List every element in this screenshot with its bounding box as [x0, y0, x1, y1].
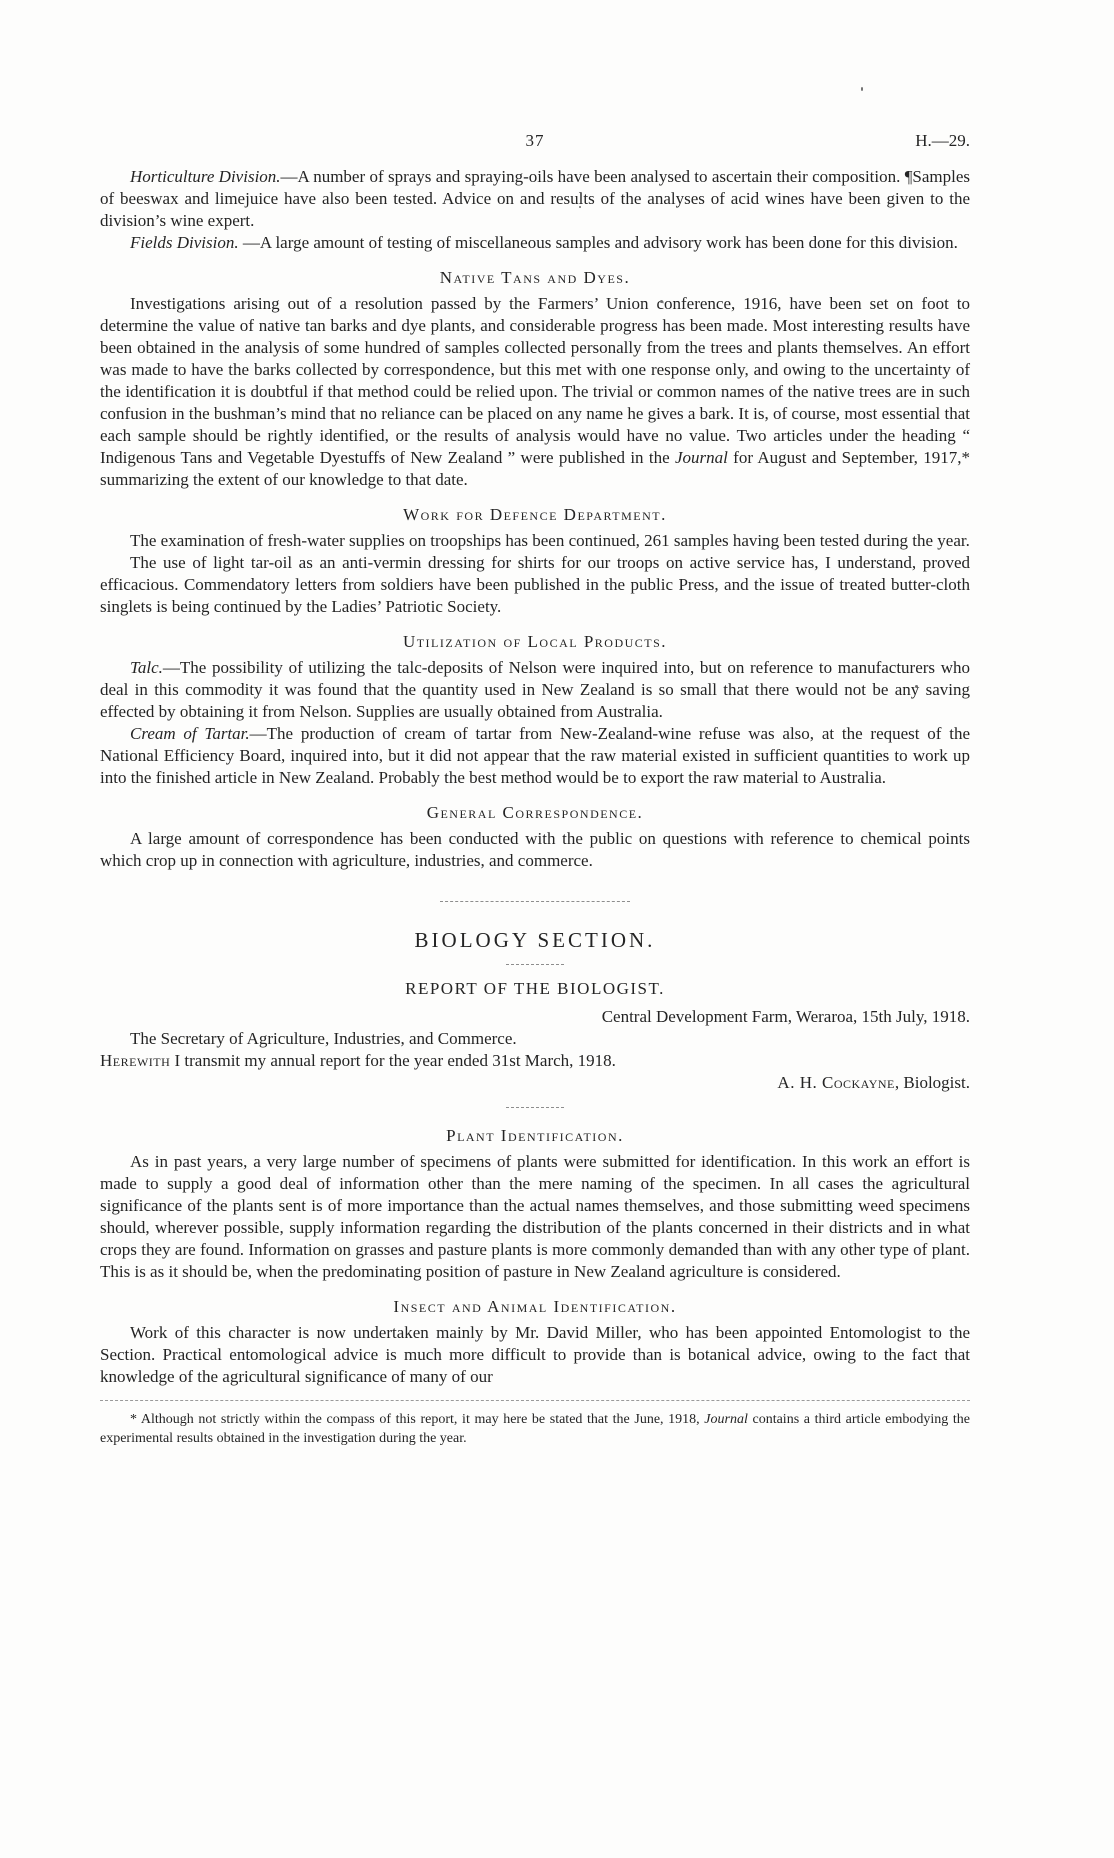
para-horticulture-division: Horticulture Division.—A number of spray… [100, 166, 970, 232]
heading-insect-and-animal-identification: Insect and Animal Identification. [100, 1296, 970, 1318]
transmittal-lead: Herewith [100, 1051, 170, 1070]
heading-work-for-defence-department: Work for Defence Department. [100, 504, 970, 526]
horticulture-division-lead: Horticulture Division. [130, 167, 281, 186]
para-fields-division: Fields Division. —A large amount of test… [100, 232, 970, 254]
signature-title: , Biologist. [895, 1073, 970, 1092]
scan-speck [660, 300, 663, 303]
heading-general-correspondence: General Correspondence. [100, 802, 970, 824]
title-divider [506, 964, 564, 965]
report-divider [506, 1107, 564, 1108]
footnote-journal-italic: Journal [704, 1412, 748, 1427]
report-signature: A. H. Cockayne, Biologist. [100, 1072, 970, 1094]
heading-plant-identification: Plant Identification. [100, 1125, 970, 1147]
scan-speck [861, 87, 863, 91]
para-general-correspondence: A large amount of correspondence has bee… [100, 828, 970, 872]
talc-lead: Talc. [130, 658, 163, 677]
footnote: * Although not strictly within the compa… [100, 1400, 970, 1448]
signature-name: A. H. Cockayne [777, 1073, 894, 1092]
para-insect-identification: Work of this character is now undertaken… [100, 1322, 970, 1388]
footnote-text-1: * Although not strictly within the compa… [130, 1412, 704, 1427]
document-reference: H.—29. [915, 130, 970, 152]
scan-speck [579, 206, 581, 208]
para-defence-tar-oil: The use of light tar-oil as an anti-verm… [100, 552, 970, 618]
report-transmittal: Herewith I transmit my annual report for… [100, 1050, 970, 1072]
para-native-tans: Investigations arising out of a resoluti… [100, 293, 970, 491]
fields-division-lead: Fields Division. [130, 233, 239, 252]
page-number: 37 [100, 130, 970, 152]
native-tans-text-1: Investigations arising out of a resoluti… [100, 294, 970, 467]
talc-text: —The possibility of utilizing the talc-d… [100, 658, 970, 721]
report-salutation: The Secretary of Agriculture, Industries… [100, 1028, 970, 1050]
scan-speck [915, 685, 918, 688]
biology-section-title: BIOLOGY SECTION. [100, 929, 970, 951]
heading-native-tans-and-dyes: Native Tans and Dyes. [100, 267, 970, 289]
report-dateline: Central Development Farm, Weraroa, 15th … [100, 1006, 970, 1028]
para-cream-of-tartar: Cream of Tartar.—The production of cream… [100, 723, 970, 789]
fields-division-text: —A large amount of testing of miscellane… [239, 233, 958, 252]
footnote-text: * Although not strictly within the compa… [100, 1410, 970, 1448]
para-plant-identification: As in past years, a very large number of… [100, 1151, 970, 1283]
page-header: 37 H.—29. [100, 130, 970, 152]
journal-title-italic: Journal [675, 448, 728, 467]
para-talc: Talc.—The possibility of utilizing the t… [100, 657, 970, 723]
report-of-the-biologist-heading: REPORT OF THE BIOLOGIST. [100, 978, 970, 1000]
cream-of-tartar-lead: Cream of Tartar. [130, 724, 250, 743]
heading-utilization-of-local-products: Utilization of Local Products. [100, 631, 970, 653]
transmittal-text: I transmit my annual report for the year… [170, 1051, 616, 1070]
section-divider [440, 901, 630, 902]
para-defence-water: The examination of fresh-water supplies … [100, 530, 970, 552]
scanned-report-page: 37 H.—29. Horticulture Division.—A numbe… [0, 0, 1114, 1858]
